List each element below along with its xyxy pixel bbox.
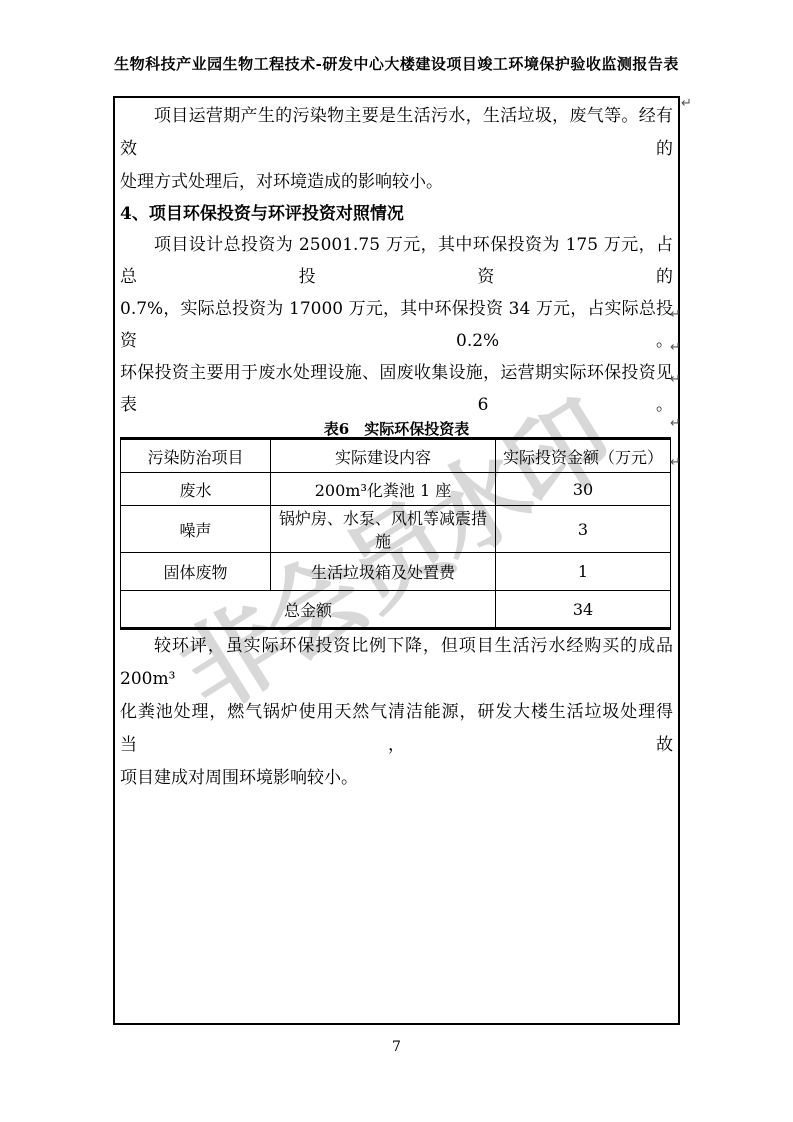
investment-table: 污染防治项目 实际建设内容 实际投资金额（万元） 废水 200m³化粪池 1 座… (120, 437, 671, 630)
cell-content: 200m³化粪池 1 座 (271, 473, 496, 506)
cell-content: 锅炉房、水泵、风机等减震措施 (271, 506, 496, 553)
paragraph-investment-comparison: 项目设计总投资为 25001.75 万元，其中环保投资为 175 万元，占总投资… (120, 229, 673, 421)
table-row-noise: 噪声 锅炉房、水泵、风机等减震措施 3 (121, 506, 671, 553)
cell-item: 废水 (121, 473, 271, 506)
paragraph-mark-icon: ↵ (681, 97, 692, 110)
paragraph-mark-icon: ↵ (670, 373, 681, 386)
document-header-title: 生物科技产业园生物工程技术-研发中心大楼建设项目竣工环境保护验收监测报告表 (0, 53, 793, 74)
header-cell-pollution-item: 污染防治项目 (121, 439, 271, 473)
cell-item: 固体废物 (121, 553, 271, 591)
text-line: 0.7%，实际总投资为 17000 万元，其中环保投资 34 万元，占实际总投资… (120, 293, 673, 357)
paragraph-mark-icon: ↵ (670, 417, 681, 430)
text-line: 项目设计总投资为 25001.75 万元，其中环保投资为 175 万元，占总投资… (120, 229, 673, 293)
table-total-row: 总金额 34 (121, 591, 671, 629)
header-cell-construction-content: 实际建设内容 (271, 439, 496, 473)
cell-amount: 1 (496, 553, 671, 591)
text-line: 处理方式处理后，对环境造成的影响较小。 (120, 166, 673, 199)
cell-content: 生活垃圾箱及处置费 (271, 553, 496, 591)
cell-item: 噪声 (121, 506, 271, 553)
table-header-row: 污染防治项目 实际建设内容 实际投资金额（万元） (121, 439, 671, 473)
table-row-solid-waste: 固体废物 生活垃圾箱及处置费 1 (121, 553, 671, 591)
text-line: 环保投资主要用于废水处理设施、固废收集设施，运营期实际环保投资见表 6。 (120, 357, 673, 421)
text-line: 项目建成对周围环境影响较小。 (120, 762, 673, 795)
paragraph-mark-icon: ↵ (670, 341, 681, 354)
text-line: 较环评，虽实际环保投资比例下降，但项目生活污水经购买的成品 200m³ (120, 630, 673, 696)
paragraph-mark-icon: ↵ (670, 308, 681, 321)
total-value-cell: 34 (496, 591, 671, 629)
table-caption: 表6 实际环保投资表 (120, 421, 673, 437)
paragraph-conclusion: 较环评，虽实际环保投资比例下降，但项目生活污水经购买的成品 200m³ 化粪池处… (120, 630, 673, 795)
document-page: 生物科技产业园生物工程技术-研发中心大楼建设项目竣工环境保护验收监测报告表 非会… (0, 0, 793, 1122)
text-line: 项目运营期产生的污染物主要是生活污水，生活垃圾，废气等。经有效的 (120, 100, 673, 166)
paragraph-mark-icon: ↵ (670, 456, 681, 469)
header-cell-investment-amount: 实际投资金额（万元） (496, 439, 671, 473)
table-row-wastewater: 废水 200m³化粪池 1 座 30 (121, 473, 671, 506)
content-frame: 项目运营期产生的污染物主要是生活污水，生活垃圾，废气等。经有效的 处理方式处理后… (113, 96, 680, 1025)
page-number: 7 (0, 1039, 793, 1055)
total-label-cell: 总金额 (121, 591, 496, 629)
section-heading: 4、项目环保投资与环评投资对照情况 (120, 199, 673, 229)
cell-amount: 3 (496, 506, 671, 553)
paragraph-operation-pollutants: 项目运营期产生的污染物主要是生活污水，生活垃圾，废气等。经有效的 处理方式处理后… (120, 100, 673, 199)
text-line: 化粪池处理，燃气锅炉使用天然气清洁能源，研发大楼生活垃圾处理得当，故 (120, 696, 673, 762)
cell-amount: 30 (496, 473, 671, 506)
